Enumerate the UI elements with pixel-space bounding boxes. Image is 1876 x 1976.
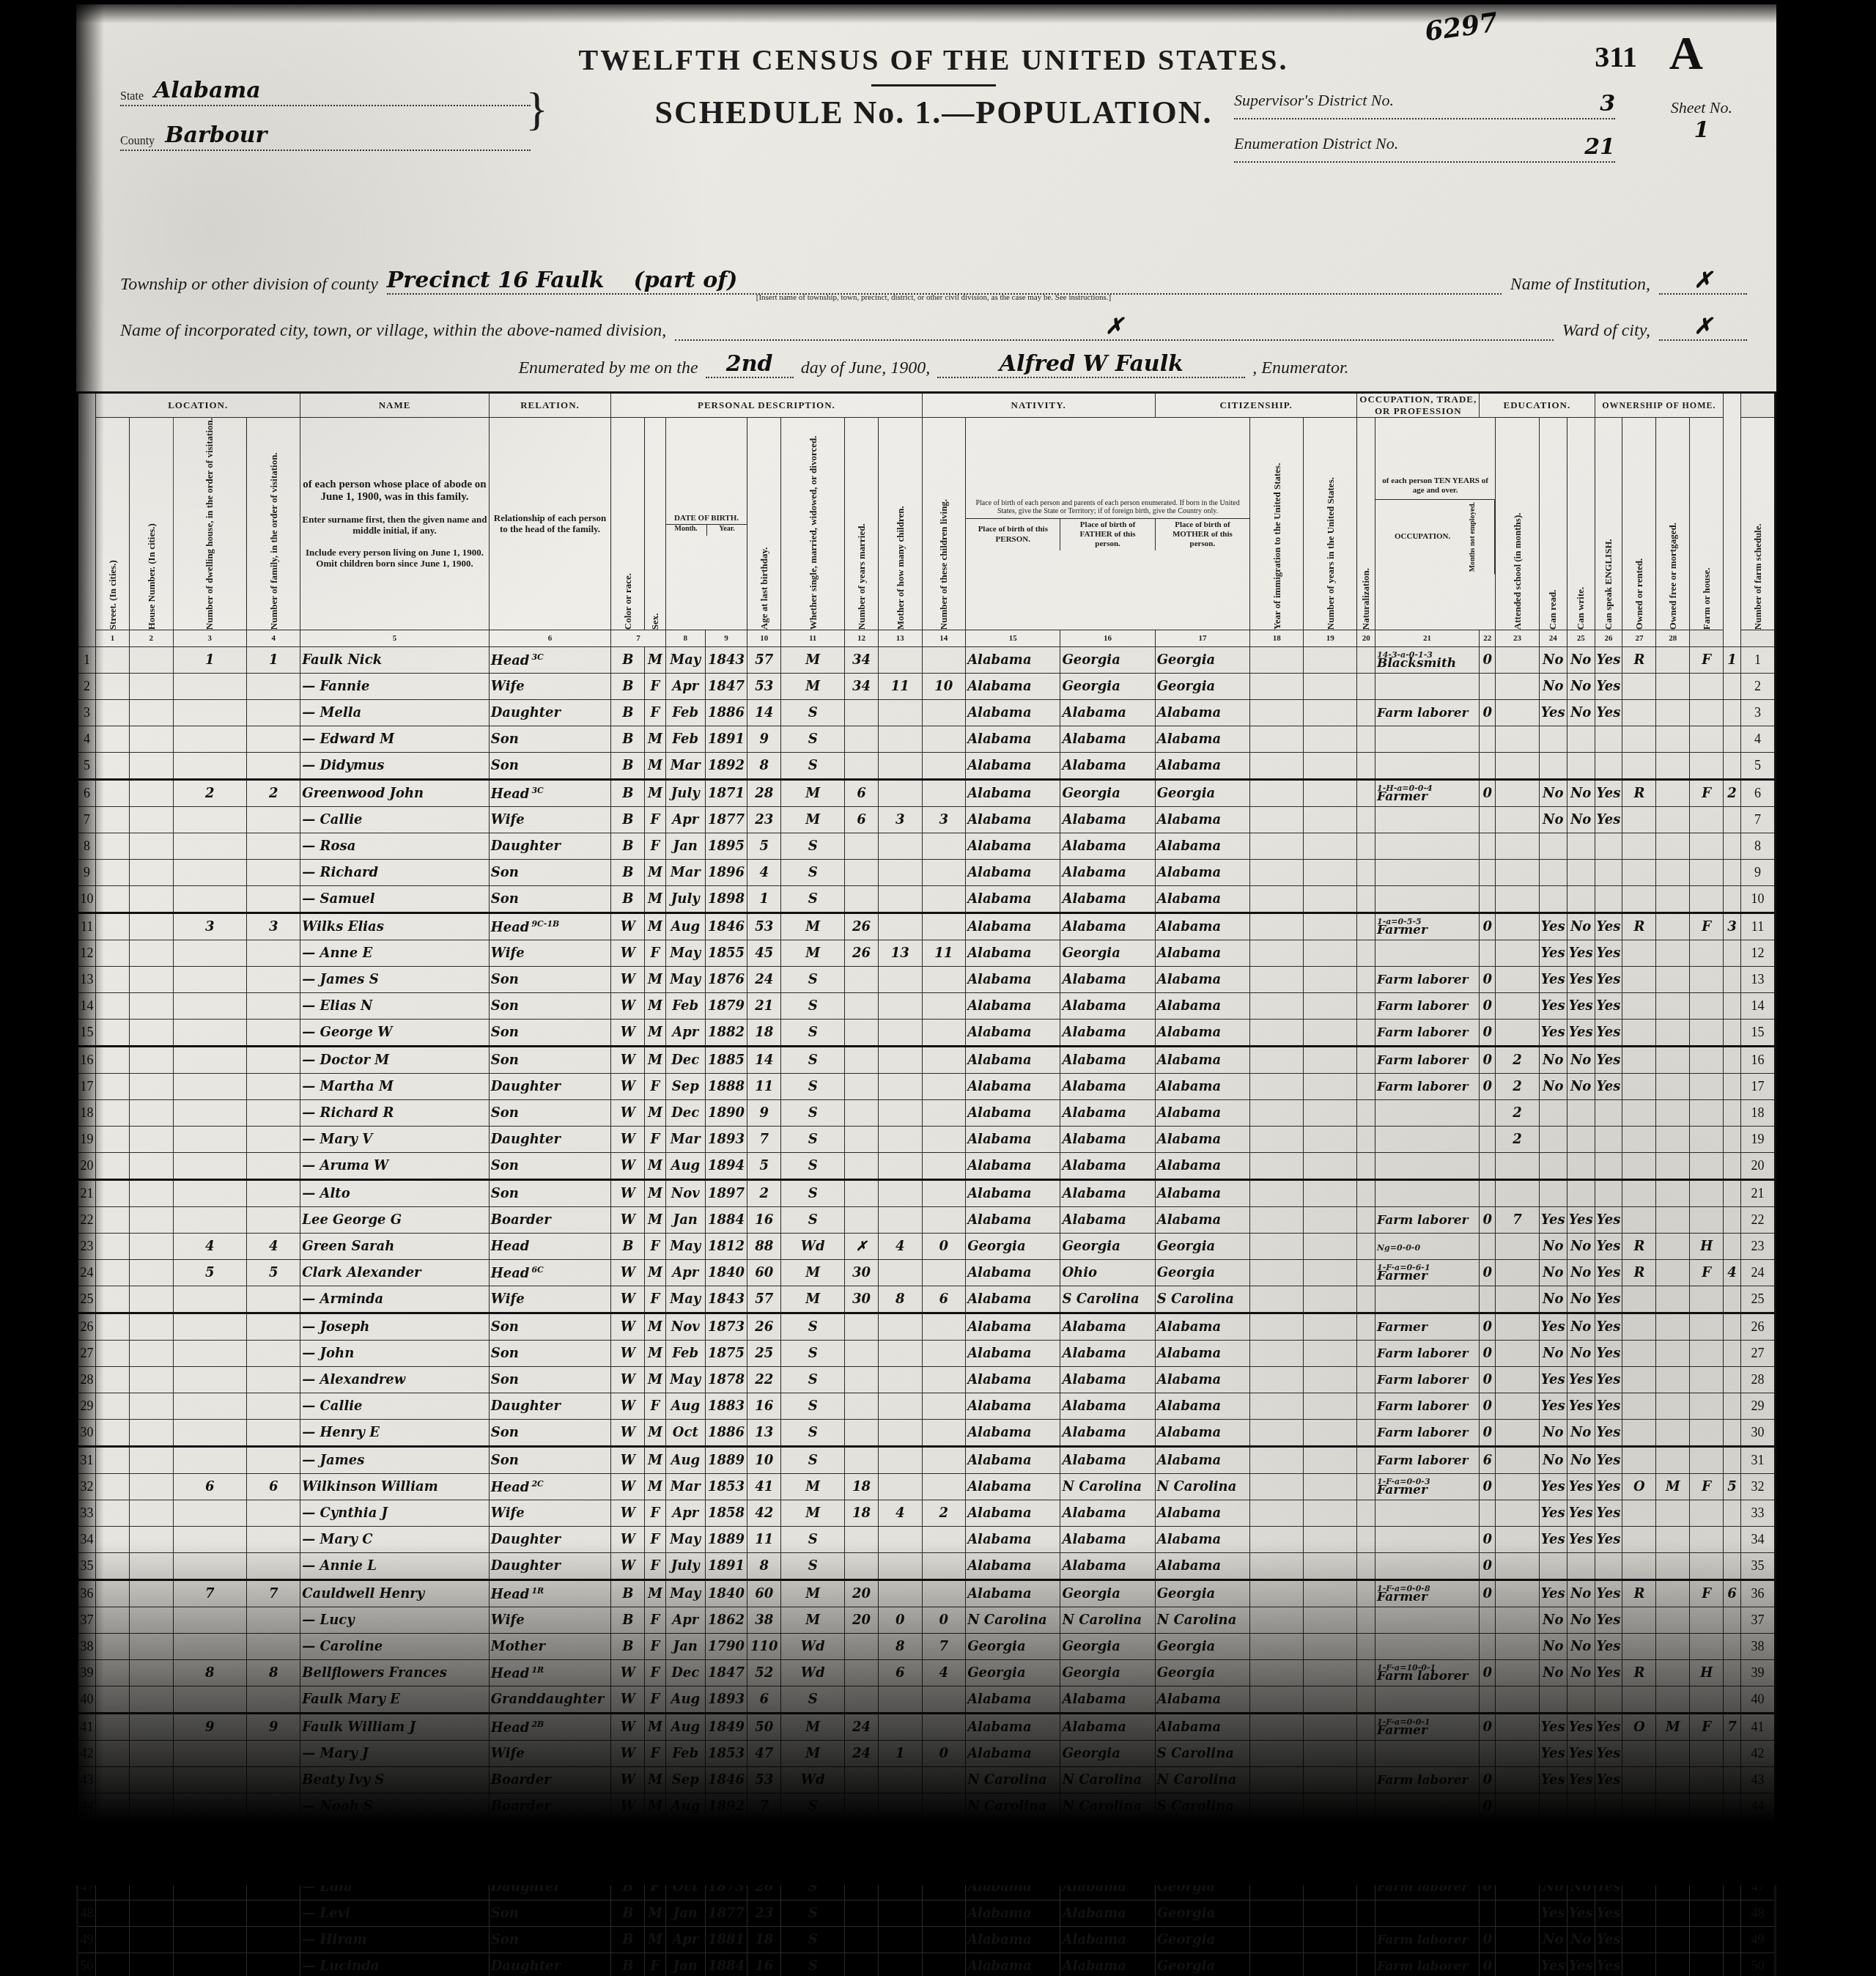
cell-can-write: No: [1567, 1447, 1595, 1474]
cell-naturalization: [1357, 1847, 1375, 1874]
cell-street: [96, 1820, 130, 1847]
cell-birth-year: 1885: [705, 1047, 747, 1074]
line-number-right: 1: [1740, 647, 1775, 674]
cell-birth-month: Dec: [665, 1047, 705, 1074]
cell-children-born: [879, 1901, 923, 1927]
cell-farm-schedule-number: [1724, 1153, 1741, 1180]
col-marital-status: Whether single, married, widowed, or div…: [781, 418, 845, 630]
occupation-text: Farm laborer: [1377, 1374, 1477, 1387]
cell-name: — Callie: [300, 807, 489, 833]
cell-months-not-employed: 0: [1480, 1074, 1496, 1100]
cell-can-read: No: [1539, 780, 1567, 807]
cell-months-not-employed: [1480, 1847, 1496, 1874]
cell-marital-status: S: [781, 726, 845, 753]
person-row-50: 50— LucindaDaughterBFJan188416SAlabamaAl…: [78, 1953, 1776, 1976]
cell-owned-free-mortgaged: [1656, 1313, 1690, 1341]
cell-sex: F: [645, 674, 666, 700]
cell-children-living: 0: [922, 1234, 966, 1260]
township-fill: Precinct 16 Faulk (part of): [387, 268, 1502, 295]
cell-can-read: Yes: [1539, 1901, 1567, 1927]
cell-children-living: [922, 1767, 966, 1793]
cell-birth-month: Jan: [665, 1634, 705, 1660]
cell-family-number: [247, 1447, 300, 1474]
cell-street: [96, 780, 130, 807]
cell-age: 11: [747, 1074, 781, 1100]
cell-pob-mother: Alabama: [1155, 860, 1249, 886]
cell-children-living: [922, 1686, 966, 1714]
person-row-2: 2— FannieWifeBFApr184753M341110AlabamaGe…: [78, 674, 1776, 700]
cell-color-race: B: [611, 753, 645, 780]
person-row-36: 3677Cauldwell HenryHead1RBMMay184060M20A…: [78, 1580, 1776, 1607]
cell-family-number: 6: [247, 1474, 300, 1500]
cell-can-speak-english: [1595, 1100, 1622, 1127]
col-birth-month: Month.: [666, 525, 707, 536]
cell-age: 53: [747, 674, 781, 700]
cell-birth-month: May: [665, 1847, 705, 1874]
cell-years-married: 20: [845, 1607, 879, 1634]
cell-farm-or-house: [1690, 1286, 1724, 1313]
cell-family-number: [247, 1767, 300, 1793]
cell-marital-status: S: [781, 753, 845, 780]
cell-owned-free-mortgaged: [1656, 1180, 1690, 1207]
cell-owned-rented: [1622, 1527, 1656, 1553]
cell-can-speak-english: Yes: [1595, 1500, 1622, 1527]
cell-immigration-year: [1250, 1660, 1304, 1686]
cell-dwelling-number: 6: [173, 1474, 246, 1500]
col-sex: Sex.: [645, 418, 666, 630]
cell-street: [96, 913, 130, 940]
cell-months-not-employed: 0: [1480, 1660, 1496, 1686]
col-immigration-year: Year of immigration to the United States…: [1250, 418, 1304, 630]
cell-months-not-employed: 0: [1480, 1260, 1496, 1286]
county-value: Barbour: [165, 122, 267, 148]
relation-code: 1R: [531, 1586, 544, 1596]
cell-attended-school: [1496, 1313, 1540, 1341]
cell-years-in-us: [1304, 1901, 1357, 1927]
cell-house-number: [130, 940, 174, 967]
cell-years-married: [845, 1207, 879, 1234]
cell-can-write: No: [1567, 1607, 1595, 1634]
sheet-no-block: Sheet No. 1: [1671, 98, 1732, 143]
cell-sex: M: [645, 1447, 666, 1474]
cell-naturalization: [1357, 1820, 1375, 1847]
cell-marital-status: Wd: [781, 1767, 845, 1793]
line-number-left: 16: [78, 1047, 96, 1074]
cell-can-read: Yes: [1539, 700, 1567, 726]
cell-pob-mother: N Carolina: [1155, 1474, 1249, 1500]
cell-can-speak-english: Yes: [1595, 1874, 1622, 1901]
cell-months-not-employed: 0: [1480, 1474, 1496, 1500]
cell-name: — Caroline: [300, 1634, 489, 1660]
cell-owned-rented: [1622, 1686, 1656, 1714]
column-number-3: 3: [173, 630, 246, 647]
occupation-text: Farm laborer: [1377, 1881, 1477, 1894]
cell-months-not-employed: 0: [1480, 1020, 1496, 1047]
cell-owned-free-mortgaged: [1656, 1553, 1690, 1580]
cell-years-married: [845, 833, 879, 860]
line-number-right: 31: [1740, 1447, 1775, 1474]
cell-owned-rented: R: [1622, 647, 1656, 674]
person-row-7: 7— CallieWifeBFApr187723M633AlabamaAlaba…: [78, 807, 1776, 833]
cell-years-married: ✗: [845, 1234, 879, 1260]
cell-years-in-us: [1304, 1393, 1357, 1420]
cell-naturalization: [1357, 807, 1375, 833]
cell-street: [96, 1313, 130, 1341]
col-farm-schedule-number: Number of farm schedule.: [1740, 418, 1775, 630]
cell-can-read: Yes: [1539, 1741, 1567, 1767]
cell-can-speak-english: Yes: [1595, 1927, 1622, 1953]
cell-can-read: Yes: [1539, 940, 1567, 967]
cell-naturalization: [1357, 860, 1375, 886]
cell-family-number: [247, 940, 300, 967]
cell-color-race: W: [611, 1793, 645, 1820]
cell-years-in-us: [1304, 674, 1357, 700]
cell-can-write: Yes: [1567, 1767, 1595, 1793]
person-row-46: 46— ElizabethWifeBFMay185347M30119Georgi…: [78, 1847, 1776, 1874]
cell-dwelling-number: [173, 886, 246, 913]
cell-dwelling-number: 5: [173, 1260, 246, 1286]
cell-house-number: [130, 913, 174, 940]
cell-can-write: No: [1567, 1074, 1595, 1100]
cell-sex: F: [645, 940, 666, 967]
cell-months-not-employed: 0: [1480, 1367, 1496, 1393]
cell-pob-person: Alabama: [966, 1686, 1060, 1714]
cell-color-race: B: [611, 1820, 645, 1847]
cell-occupation: [1375, 886, 1480, 913]
cell-farm-schedule-number: [1724, 1634, 1741, 1660]
cell-pob-person: Georgia: [966, 1634, 1060, 1660]
cell-color-race: W: [611, 1500, 645, 1527]
cell-birth-year: 1855: [705, 940, 747, 967]
cell-family-number: [247, 1313, 300, 1341]
column-number-1: 1: [96, 630, 130, 647]
cell-years-married: 30: [845, 1847, 879, 1874]
dob-caption: DATE OF BIRTH.: [666, 512, 747, 525]
cell-family-number: [247, 1286, 300, 1313]
cell-sex: M: [645, 1367, 666, 1393]
column-number-8: 8: [665, 630, 705, 647]
cell-farm-schedule-number: [1724, 726, 1741, 753]
cell-children-born: [879, 1393, 923, 1420]
cell-months-not-employed: [1480, 1100, 1496, 1127]
cell-owned-free-mortgaged: [1656, 780, 1690, 807]
cell-children-born: 0: [879, 1607, 923, 1634]
cell-relation: Wife: [489, 1847, 611, 1874]
cell-naturalization: [1357, 967, 1375, 993]
cell-can-read: Yes: [1539, 1714, 1567, 1741]
line-number-right: 50: [1740, 1953, 1775, 1976]
cell-relation: Boarder: [489, 1793, 611, 1820]
cell-can-speak-english: [1595, 1127, 1622, 1153]
line-number-right: 46: [1740, 1847, 1775, 1874]
cell-sex: F: [645, 1607, 666, 1634]
cell-can-write: [1567, 1793, 1595, 1820]
cell-pob-person: Alabama: [966, 1127, 1060, 1153]
cell-can-write: Yes: [1567, 1741, 1595, 1767]
line-number-left: 13: [78, 967, 96, 993]
cell-pob-mother: Georgia: [1155, 1927, 1249, 1953]
cell-street: [96, 1180, 130, 1207]
cell-relation: Boarder: [489, 1207, 611, 1234]
line-number-left: 1: [78, 647, 96, 674]
cell-owned-free-mortgaged: [1656, 940, 1690, 967]
cell-pob-mother: Alabama: [1155, 1820, 1249, 1847]
cell-birth-month: Dec: [665, 1660, 705, 1686]
cell-marital-status: M: [781, 674, 845, 700]
cell-months-not-employed: [1480, 833, 1496, 860]
cell-family-number: 1: [247, 647, 300, 674]
cell-attended-school: [1496, 753, 1540, 780]
cell-children-born: [879, 726, 923, 753]
group-ownership: OWNERSHIP OF HOME.: [1595, 393, 1724, 418]
cell-months-not-employed: [1480, 1500, 1496, 1527]
cell-can-read: [1539, 753, 1567, 780]
cell-birth-year: 1853: [705, 1474, 747, 1500]
cell-birth-month: Nov: [665, 1313, 705, 1341]
cell-years-in-us: [1304, 1153, 1357, 1180]
cell-farm-schedule-number: [1724, 1793, 1741, 1820]
cell-birth-year: 1840: [705, 1260, 747, 1286]
cell-years-in-us: [1304, 860, 1357, 886]
cell-occupation: Farm laborer: [1375, 1393, 1480, 1420]
col-mother-of-children: Mother of how many children.: [879, 418, 923, 630]
cell-children-living: [922, 1874, 966, 1901]
cell-owned-free-mortgaged: [1656, 1793, 1690, 1820]
cell-pob-person: Alabama: [966, 1447, 1060, 1474]
cell-occupation: 1-H-a=0-0-4Farmer: [1375, 780, 1480, 807]
cell-immigration-year: [1250, 1234, 1304, 1260]
person-row-1: 111Faulk NickHead3CBMMay184357M34Alabama…: [78, 647, 1776, 674]
cell-can-speak-english: Yes: [1595, 1313, 1622, 1341]
cell-family-number: [247, 1634, 300, 1660]
cell-years-married: [845, 1393, 879, 1420]
cell-relation: Son: [489, 1367, 611, 1393]
cell-marital-status: S: [781, 1047, 845, 1074]
cell-can-read: No: [1539, 1660, 1567, 1686]
cell-dwelling-number: [173, 1020, 246, 1047]
cell-occupation: Farm laborer: [1375, 1447, 1480, 1474]
col-naturalization: Naturalization.: [1357, 418, 1375, 630]
cell-street: [96, 726, 130, 753]
cell-pob-mother: Alabama: [1155, 1207, 1249, 1234]
cell-sex: M: [645, 1180, 666, 1207]
cell-can-write: [1567, 753, 1595, 780]
cell-children-living: 3: [922, 807, 966, 833]
cell-years-married: 20: [845, 1580, 879, 1607]
relation-code: 2B: [531, 1719, 544, 1729]
cell-occupation: [1375, 1100, 1480, 1127]
cell-farm-or-house: H: [1690, 1234, 1724, 1260]
person-row-44: 44— Noah SBoarderWMAug18927SN CarolinaN …: [78, 1793, 1776, 1820]
line-number-left: 5: [78, 753, 96, 780]
line-number-right: 42: [1740, 1741, 1775, 1767]
cell-years-married: [845, 1047, 879, 1074]
cell-occupation: [1375, 1901, 1480, 1927]
township-line: Township or other division of county Pre…: [120, 268, 1747, 295]
cell-years-married: [845, 1660, 879, 1686]
line-number-right: 45: [1740, 1820, 1775, 1847]
cell-naturalization: [1357, 1020, 1375, 1047]
cell-house-number: [130, 1474, 174, 1500]
cell-age: 8: [747, 753, 781, 780]
cell-immigration-year: [1250, 1634, 1304, 1660]
cell-name: — Martha M: [300, 1074, 489, 1100]
cell-years-in-us: [1304, 1180, 1357, 1207]
cell-color-race: B: [611, 1847, 645, 1874]
cell-can-speak-english: Yes: [1595, 1607, 1622, 1634]
cell-pob-person: Alabama: [966, 1553, 1060, 1580]
cell-dwelling-number: [173, 1367, 246, 1393]
cell-marital-status: M: [781, 807, 845, 833]
cell-can-speak-english: Yes: [1595, 1634, 1622, 1660]
group-education: EDUCATION.: [1480, 393, 1595, 418]
person-row-49: 49— HiramSonBMApr188118SAlabamaAlabamaGe…: [78, 1927, 1776, 1953]
cell-children-born: [879, 1686, 923, 1714]
occupation-text: Farm laborer: [1377, 1026, 1477, 1039]
cell-months-not-employed: [1480, 753, 1496, 780]
cell-owned-rented: [1622, 1313, 1656, 1341]
cell-occupation: [1375, 807, 1480, 833]
cell-farm-schedule-number: [1724, 753, 1741, 780]
cell-marital-status: S: [781, 700, 845, 726]
cell-years-in-us: [1304, 1820, 1357, 1847]
person-row-30: 30— Henry ESonWMOct188613SAlabamaAlabama…: [78, 1420, 1776, 1447]
cell-pob-father: N Carolina: [1060, 1607, 1155, 1634]
cell-street: [96, 833, 130, 860]
cell-farm-schedule-number: 7: [1724, 1714, 1741, 1741]
col-street: Street. (In cities.): [96, 418, 130, 630]
cell-pob-mother: Georgia: [1155, 1660, 1249, 1686]
cell-age: 47: [747, 1847, 781, 1874]
cell-can-speak-english: Yes: [1595, 700, 1622, 726]
cell-birth-year: 1849: [705, 1714, 747, 1741]
cell-pob-father: Alabama: [1060, 1500, 1155, 1527]
cell-pob-mother: Georgia: [1155, 1260, 1249, 1286]
cell-color-race: B: [611, 833, 645, 860]
cell-can-write: No: [1567, 780, 1595, 807]
cell-children-living: 4: [922, 1660, 966, 1686]
cell-age: 53: [747, 1767, 781, 1793]
cell-pob-person: Alabama: [966, 1741, 1060, 1767]
city-line: Name of incorporated city, town, or vill…: [120, 314, 1747, 341]
cell-family-number: 3: [247, 913, 300, 940]
district-block: Supervisor's District No. 3 Enumeration …: [1234, 91, 1615, 177]
cell-children-born: [879, 913, 923, 940]
cell-owned-rented: R: [1622, 1580, 1656, 1607]
cell-birth-month: Apr: [665, 807, 705, 833]
cell-street: [96, 886, 130, 913]
cell-age: 9: [747, 726, 781, 753]
cell-farm-or-house: [1690, 967, 1724, 993]
cell-birth-month: Jan: [665, 1207, 705, 1234]
line-number-left: 36: [78, 1580, 96, 1607]
cell-can-read: No: [1539, 647, 1567, 674]
cell-attended-school: [1496, 1686, 1540, 1714]
cell-farm-or-house: [1690, 700, 1724, 726]
cell-sex: F: [645, 1286, 666, 1313]
cell-sex: F: [645, 1500, 666, 1527]
enumeration-line: Enumeration District No. 21: [1234, 134, 1615, 163]
cell-farm-schedule-number: [1724, 700, 1741, 726]
cell-age: 26: [747, 1874, 781, 1901]
cell-farm-or-house: F: [1690, 1474, 1724, 1500]
cell-birth-month: Mar: [665, 753, 705, 780]
cell-years-married: [845, 1447, 879, 1474]
cell-pob-mother: Alabama: [1155, 1313, 1249, 1341]
cell-attended-school: [1496, 1901, 1540, 1927]
cell-years-in-us: [1304, 1234, 1357, 1260]
cell-naturalization: [1357, 1741, 1375, 1767]
cell-can-speak-english: Yes: [1595, 1420, 1622, 1447]
cell-months-not-employed: 0: [1480, 1527, 1496, 1553]
cell-attended-school: [1496, 1393, 1540, 1420]
line-number-left: 32: [78, 1474, 96, 1500]
cell-years-in-us: [1304, 1500, 1357, 1527]
cell-attended-school: [1496, 1553, 1540, 1580]
person-row-5: 5— DidymusSonBMMar18928SAlabamaAlabamaAl…: [78, 753, 1776, 780]
cell-children-born: 11: [879, 1847, 923, 1874]
cell-years-married: 26: [845, 913, 879, 940]
cell-name: — Henry E: [300, 1420, 489, 1447]
cell-years-married: [845, 1074, 879, 1100]
cell-can-write: No: [1567, 1420, 1595, 1447]
cell-pob-person: Alabama: [966, 913, 1060, 940]
cell-age: 41: [747, 1474, 781, 1500]
cell-children-born: [879, 753, 923, 780]
cell-pob-person: Alabama: [966, 1500, 1060, 1527]
occupation-text: Farm laborer: [1377, 1454, 1477, 1467]
person-row-40: 40Faulk Mary EGranddaughterWFAug18936SAl…: [78, 1686, 1776, 1714]
cell-street: [96, 1660, 130, 1686]
cell-pob-person: N Carolina: [966, 1793, 1060, 1820]
cell-can-read: Yes: [1539, 1207, 1567, 1234]
cell-can-write: No: [1567, 647, 1595, 674]
cell-dwelling-number: [173, 1874, 246, 1901]
cell-children-born: [879, 1793, 923, 1820]
cell-months-not-employed: [1480, 886, 1496, 913]
group-citizenship: CITIZENSHIP.: [1155, 393, 1357, 418]
cell-family-number: [247, 993, 300, 1020]
cell-children-born: [879, 967, 923, 993]
cell-years-married: [845, 1341, 879, 1367]
line-number-left: 46: [78, 1847, 96, 1874]
population-schedule-table: LOCATION. NAME RELATION. PERSONAL DESCRI…: [76, 391, 1776, 1976]
cell-months-not-employed: [1480, 1741, 1496, 1767]
line-number-left: 12: [78, 940, 96, 967]
line-number-right: 39: [1740, 1660, 1775, 1686]
cell-family-number: [247, 1901, 300, 1927]
cell-naturalization: [1357, 1447, 1375, 1474]
cell-street: [96, 1847, 130, 1874]
line-number-right: 5: [1740, 753, 1775, 780]
cell-pob-person: Alabama: [966, 1260, 1060, 1286]
person-row-38: 38— CarolineMotherBFJan1790110Wd87Georgi…: [78, 1634, 1776, 1660]
cell-naturalization: [1357, 1793, 1375, 1820]
cell-street: [96, 1047, 130, 1074]
cell-dwelling-number: [173, 1927, 246, 1953]
cell-owned-free-mortgaged: [1656, 1127, 1690, 1153]
cell-farm-schedule-number: [1724, 1447, 1741, 1474]
cell-can-write: No: [1567, 807, 1595, 833]
cell-pob-mother: Georgia: [1155, 1901, 1249, 1927]
person-row-27: 27— JohnSonWMFeb187525SAlabamaAlabamaAla…: [78, 1341, 1776, 1367]
cell-relation: Head2C: [489, 1474, 611, 1500]
cell-birth-month: Apr: [665, 674, 705, 700]
cell-name: — Callie: [300, 1393, 489, 1420]
cell-age: 25: [747, 1341, 781, 1367]
cell-name: — Annie L: [300, 1553, 489, 1580]
cell-sex: M: [645, 913, 666, 940]
